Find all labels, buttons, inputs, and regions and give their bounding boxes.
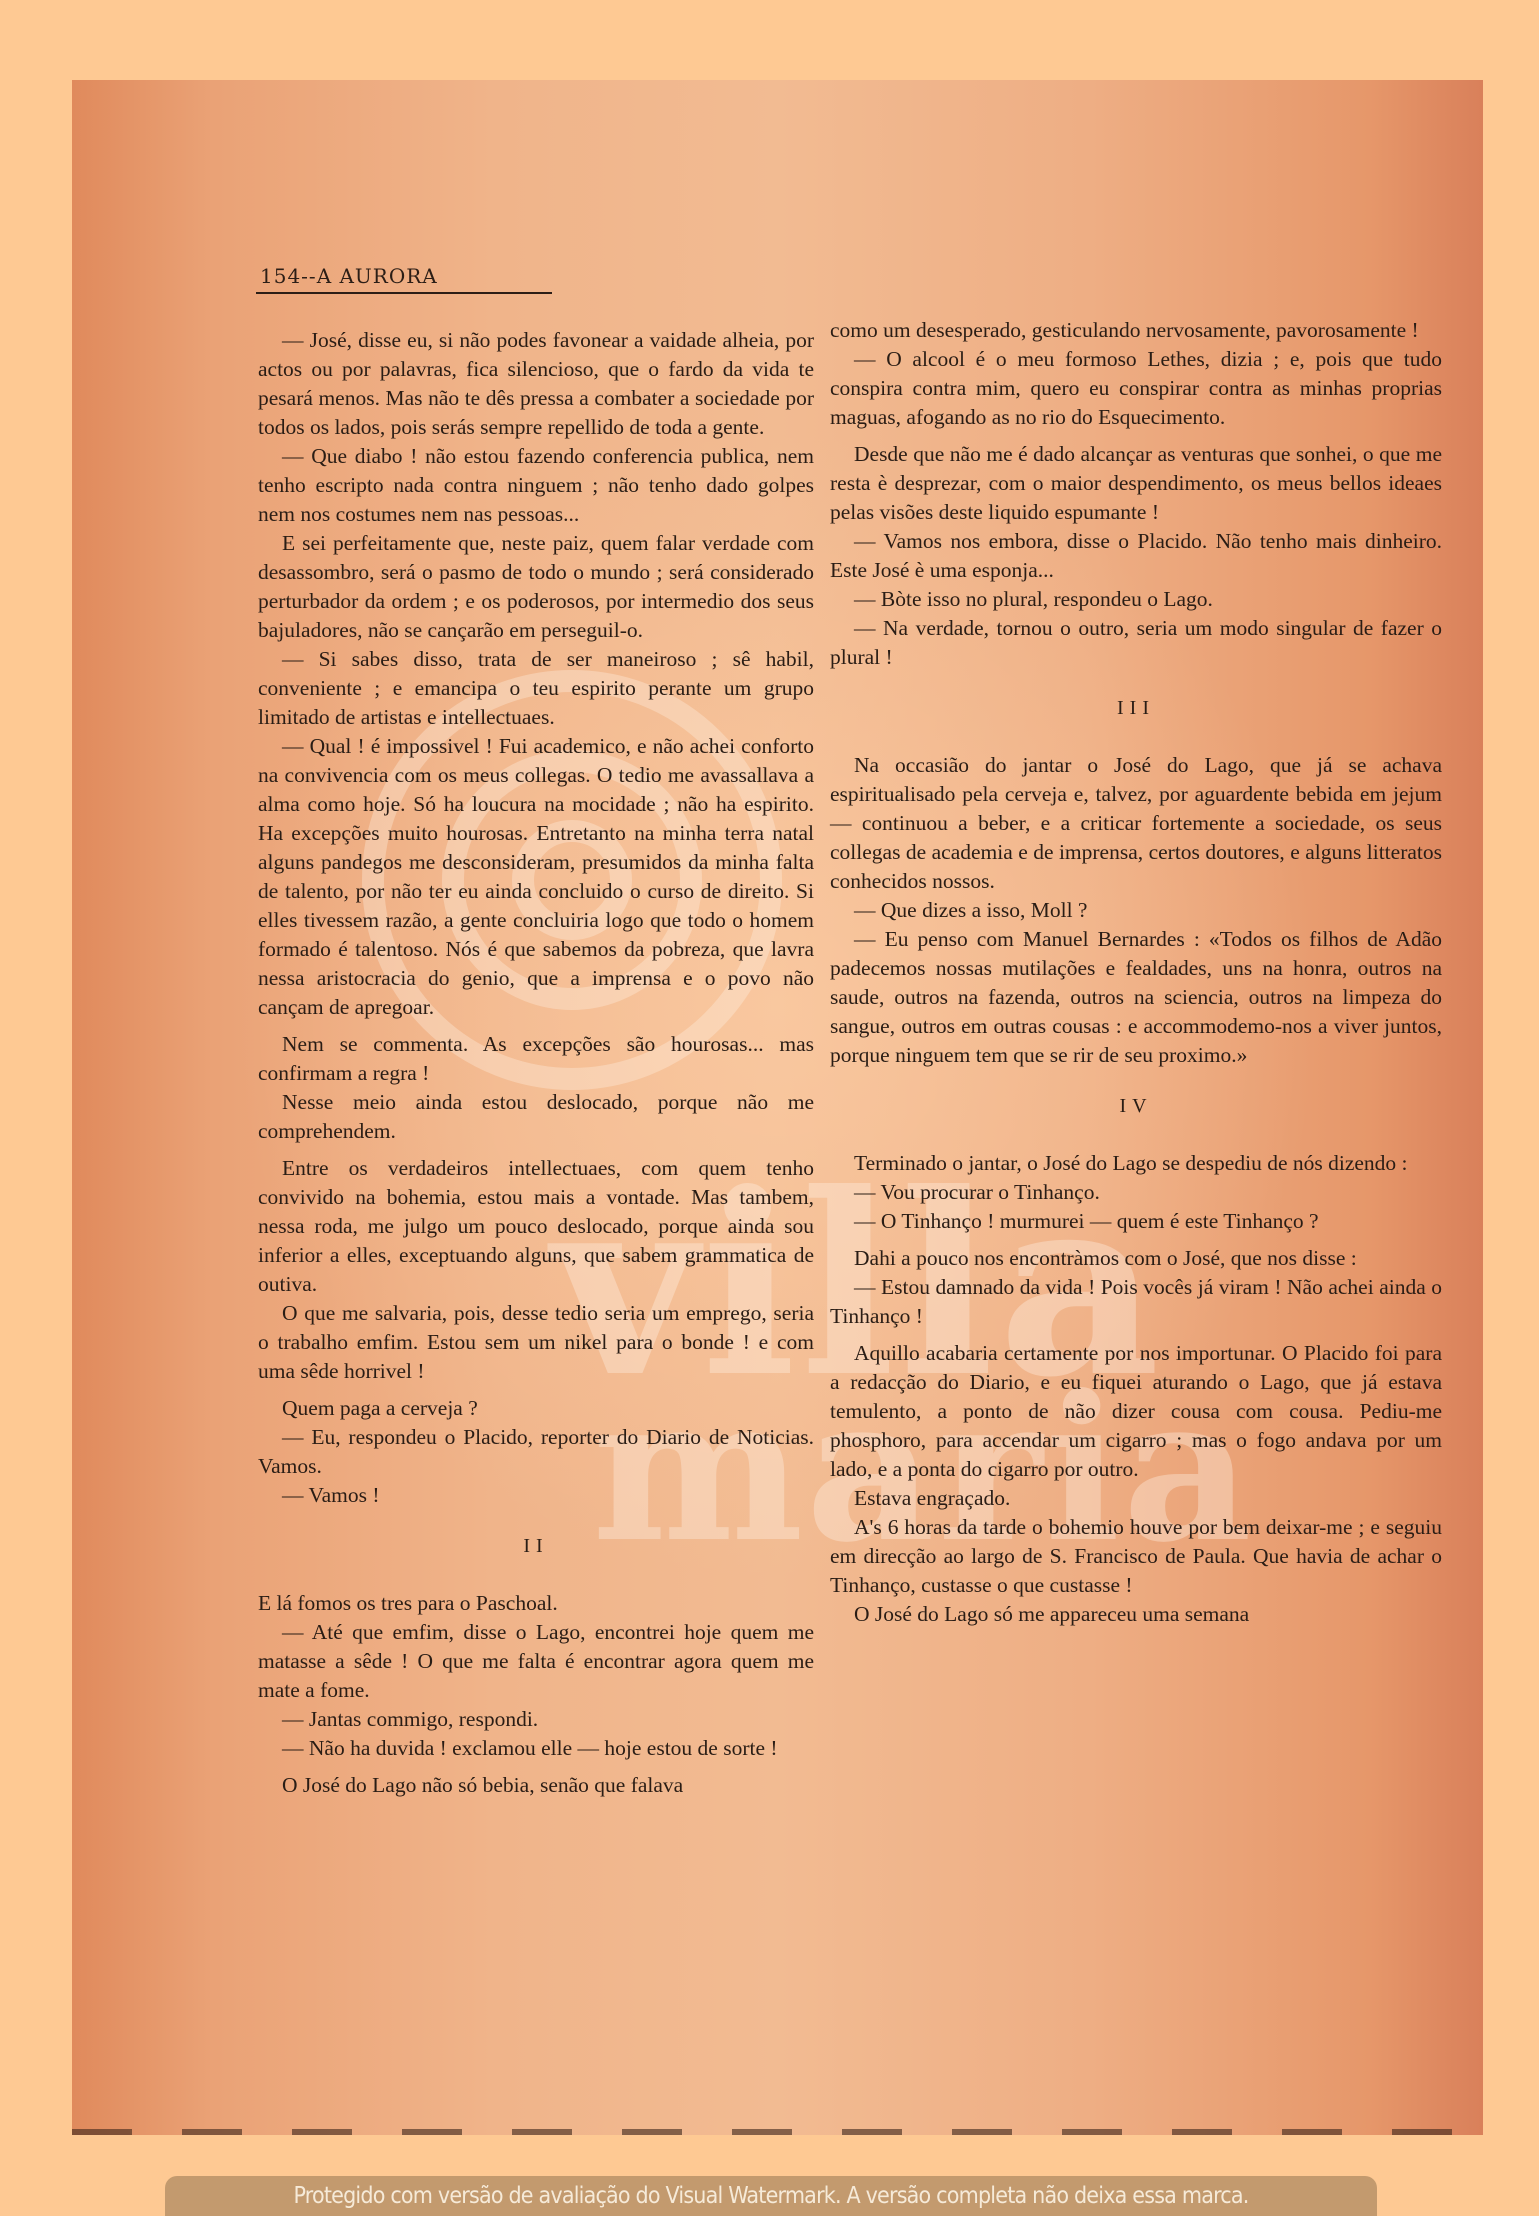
right-column: como um desesperado, gesticulando nervos… bbox=[830, 316, 1442, 1629]
paragraph: — José, disse eu, si não podes favonear … bbox=[258, 326, 814, 442]
paragraph: — O alcool é o meu formoso Lethes, dizia… bbox=[830, 345, 1442, 432]
paragraph: Nem se commenta. As excepções são houros… bbox=[258, 1030, 814, 1088]
paragraph: E lá fomos os tres para o Paschoal. bbox=[258, 1589, 814, 1618]
paragraph: Entre os verdadeiros intellectuaes, com … bbox=[258, 1154, 814, 1299]
left-column: — José, disse eu, si não podes favonear … bbox=[258, 326, 814, 1800]
paragraph: como um desesperado, gesticulando nervos… bbox=[830, 316, 1442, 345]
paragraph: Desde que não me é dado alcançar as vent… bbox=[830, 440, 1442, 527]
paragraph: Nesse meio ainda estou deslocado, porque… bbox=[258, 1088, 814, 1146]
running-header: 154--A AURORA bbox=[256, 264, 552, 294]
paragraph: — Que diabo ! não estou fazendo conferen… bbox=[258, 442, 814, 529]
section-heading-iii: III bbox=[830, 694, 1442, 723]
paragraph: — Si sabes disso, trata de ser maneiroso… bbox=[258, 645, 814, 732]
paragraph: — Vamos ! bbox=[258, 1481, 814, 1510]
paragraph: — Vou procurar o Tinhanço. bbox=[830, 1178, 1442, 1207]
section-heading-iv: IV bbox=[830, 1092, 1442, 1121]
paragraph: — Jantas commigo, respondi. bbox=[258, 1705, 814, 1734]
paragraph: Quem paga a cerveja ? bbox=[258, 1394, 814, 1423]
paragraph: — Bòte isso no plural, respondeu o Lago. bbox=[830, 585, 1442, 614]
paragraph: — Eu, respondeu o Placido, reporter do D… bbox=[258, 1423, 814, 1481]
paragraph: — Eu penso com Manuel Bernardes : «Todos… bbox=[830, 925, 1442, 1070]
watermark-banner: Protegido com versão de avaliação do Vis… bbox=[165, 2176, 1377, 2216]
paragraph: Na occasião do jantar o José do Lago, qu… bbox=[830, 751, 1442, 896]
paragraph: E sei perfeitamente que, neste paiz, que… bbox=[258, 529, 814, 645]
paragraph: — Não ha duvida ! exclamou elle — hoje e… bbox=[258, 1734, 814, 1763]
paragraph: — O Tinhanço ! murmurei — quem é este Ti… bbox=[830, 1207, 1442, 1236]
paragraph: O que me salvaria, pois, desse tedio ser… bbox=[258, 1299, 814, 1386]
paragraph: O José do Lago só me appareceu uma seman… bbox=[830, 1600, 1442, 1629]
paragraph: Terminado o jantar, o José do Lago se de… bbox=[830, 1149, 1442, 1178]
paragraph: — Até que emfim, disse o Lago, encontrei… bbox=[258, 1618, 814, 1705]
paragraph: — Vamos nos embora, disse o Placido. Não… bbox=[830, 527, 1442, 585]
paragraph: — Na verdade, tornou o outro, seria um m… bbox=[830, 614, 1442, 672]
paragraph: — Estou damnado da vida ! Pois vocês já … bbox=[830, 1273, 1442, 1331]
paragraph: Dahi a pouco nos encontràmos com o José,… bbox=[830, 1244, 1442, 1273]
paragraph: — Qual ! é impossivel ! Fui academico, e… bbox=[258, 732, 814, 1022]
paragraph: O José do Lago não só bebia, senão que f… bbox=[258, 1771, 814, 1800]
paragraph: A's 6 horas da tarde o bohemio houve por… bbox=[830, 1513, 1442, 1600]
paragraph: — Que dizes a isso, Moll ? bbox=[830, 896, 1442, 925]
section-heading-ii: II bbox=[258, 1532, 814, 1561]
paragraph: Estava engraçado. bbox=[830, 1484, 1442, 1513]
paragraph: Aquillo acabaria certamente por nos impo… bbox=[830, 1339, 1442, 1484]
